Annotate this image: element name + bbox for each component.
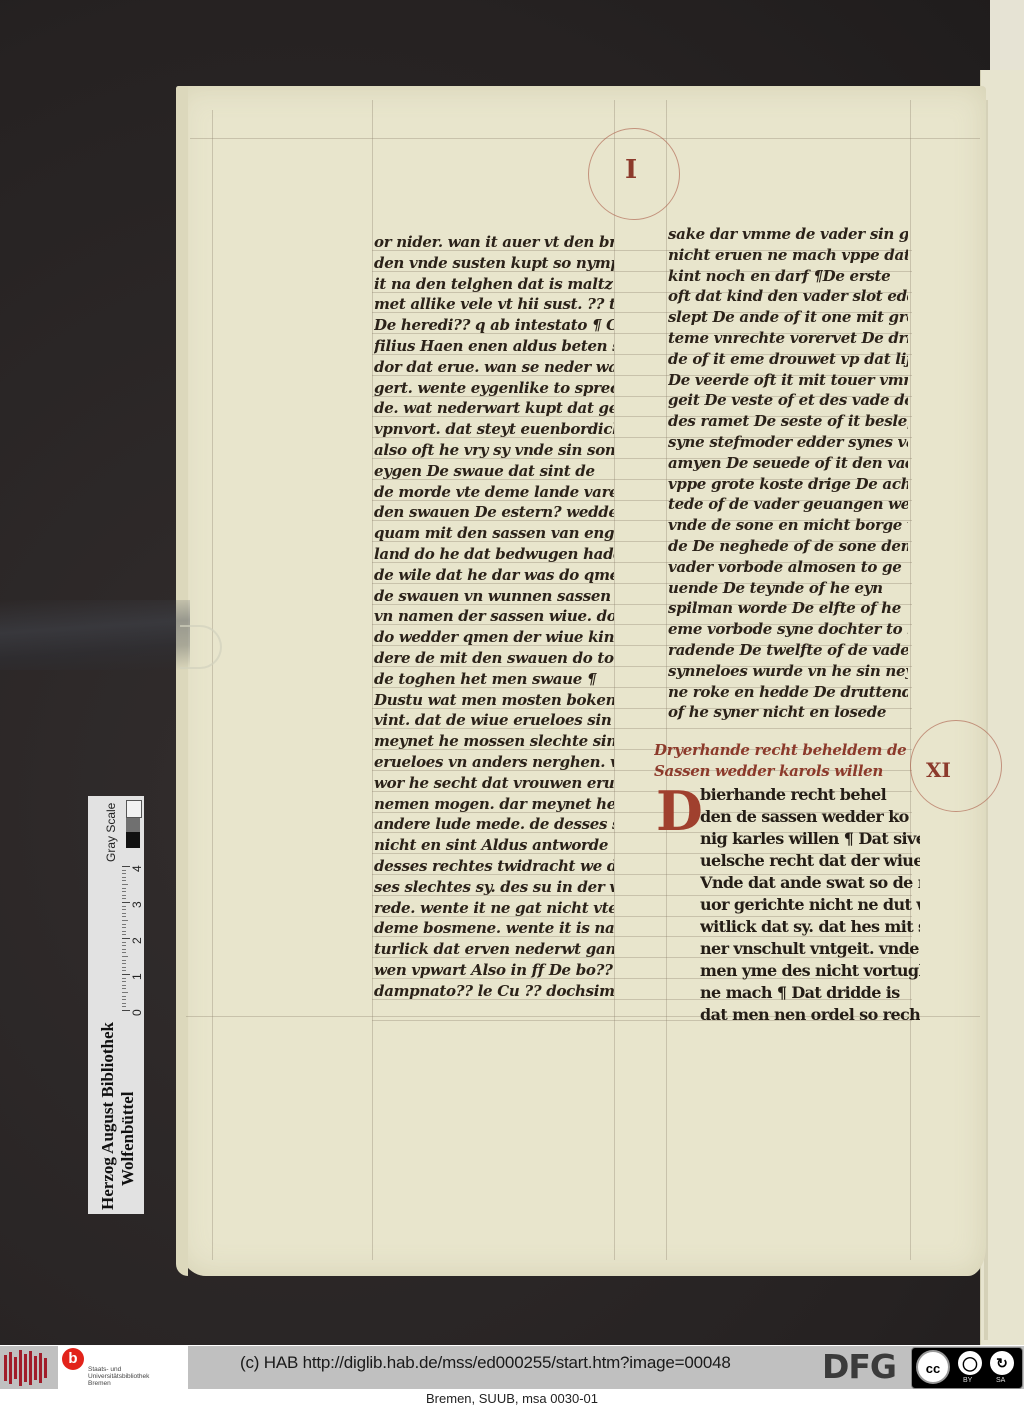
ruler-tick xyxy=(122,902,130,903)
text-line: also oft he vry sy vnde sin sone xyxy=(374,440,614,461)
text-line: of he syner nicht en losede xyxy=(668,702,908,723)
text-line: kint noch en darf ¶De erste xyxy=(668,266,908,287)
suub-bar xyxy=(29,1351,32,1385)
text-line: do wedder qmen der wiue kin xyxy=(374,627,614,648)
ruling-col1-right xyxy=(614,100,615,1260)
text-line: deme bosmene. wente it is na xyxy=(374,918,614,939)
suub-bar xyxy=(34,1356,37,1380)
sa-share-alike-icon: ↻ xyxy=(990,1351,1014,1375)
text-line: Vnde dat ande swat so de ma xyxy=(700,872,920,894)
ruler-tick xyxy=(122,974,130,975)
ruler-minor-tick xyxy=(122,978,126,979)
ruler-minor-tick xyxy=(122,891,126,892)
folio-edge xyxy=(176,86,188,1276)
copyright-link[interactable]: (c) HAB http://diglib.hab.de/mss/ed00025… xyxy=(240,1353,731,1373)
right-text-column: sake dar vmme de vader sin gutnicht erue… xyxy=(668,224,908,723)
ruler-minor-tick xyxy=(122,1006,126,1007)
ruler-minor-tick xyxy=(122,996,126,997)
top-ruling xyxy=(190,138,980,139)
text-line: witlick dat sy. dat hes mit sy xyxy=(700,916,920,938)
chapter-number: XI xyxy=(926,758,951,782)
text-line: vn namen der sassen wiue. do se xyxy=(374,606,614,627)
suub-name-line-3: Bremen xyxy=(88,1380,149,1387)
tick-label-3: 3 xyxy=(130,901,144,908)
ruler-minor-tick xyxy=(122,967,126,968)
text-line: ne roke en hedde De druttende xyxy=(668,682,908,703)
tick-label-4: 4 xyxy=(130,865,144,872)
text-line: slept De ande of it one mit gro xyxy=(668,307,908,328)
text-line: oft dat kind den vader slot eddᵉ xyxy=(668,286,908,307)
ruling-left-margin xyxy=(372,100,373,1260)
text-line: desses rechtes twidracht we de xyxy=(374,856,614,877)
text-line: dat men nen ordel so recht xyxy=(700,1004,920,1026)
ruler-minor-tick xyxy=(122,924,126,925)
ruler-minor-tick xyxy=(122,913,126,914)
suub-logo-bars xyxy=(4,1350,50,1386)
ruler-minor-tick xyxy=(122,952,126,953)
text-line: or nider. wan it auer vt den bro xyxy=(374,232,614,253)
ruling-outer xyxy=(212,110,213,1260)
ruler-minor-tick xyxy=(122,898,126,899)
gray-scale-label: Gray Scale xyxy=(104,803,118,862)
ruler-minor-tick xyxy=(122,1003,126,1004)
chapter-circle xyxy=(910,720,1002,812)
rubric-heading: Dryerhande recht beheldem deSassen wedde… xyxy=(654,740,914,782)
left-text-column: or nider. wan it auer vt den broden vnde… xyxy=(374,232,614,1001)
decorated-initial: D xyxy=(656,784,703,838)
text-line: rede. wente it ne gat nicht vte xyxy=(374,898,614,919)
text-line: nicht en sint Aldus antworde xyxy=(374,835,614,856)
text-line: meynet he mossen slechte sin se xyxy=(374,731,614,752)
text-line: vpnvort. dat steyt euenbordich xyxy=(374,419,614,440)
textura-text-block: bierhande recht behelden de sassen wedde… xyxy=(700,784,920,1026)
sa-label: SA xyxy=(996,1377,1005,1384)
text-line: quam mit den sassen van enge xyxy=(374,523,614,544)
text-line: bierhande recht behel xyxy=(700,784,920,806)
text-line: dampnato?? le Cu ?? dochsim xyxy=(374,981,614,1002)
text-line: vnde de sone en micht borge wel xyxy=(668,515,908,536)
text-line: De heredi?? q ab intestato ¶ Cum xyxy=(374,315,614,336)
ruler-minor-tick xyxy=(122,920,128,921)
ruler-minor-tick xyxy=(122,949,126,950)
suub-bar xyxy=(19,1350,22,1386)
ruler-minor-tick xyxy=(122,988,126,989)
ruler-minor-tick xyxy=(122,916,126,917)
text-line: uor gerichte nicht ne dut wo xyxy=(700,894,920,916)
ruler-minor-tick xyxy=(122,877,126,878)
text-line: nicht eruen ne mach vppe dat xyxy=(668,245,908,266)
dfg-logo[interactable]: DFG xyxy=(822,1347,896,1387)
folio-number: I xyxy=(625,155,637,185)
text-line: tede of de vader geuangen we xyxy=(668,494,908,515)
text-line: den vnde susten kupt so nympt me xyxy=(374,253,614,274)
text-line: dere de mit den swauen do to lan xyxy=(374,648,614,669)
text-line: de. wat nederwart kupt dat geit xyxy=(374,398,614,419)
tick-label-2: 2 xyxy=(130,937,144,944)
suub-name-line-1: Staats- und xyxy=(88,1366,149,1373)
ruler-minor-tick xyxy=(122,884,128,885)
ruler-minor-tick xyxy=(122,906,126,907)
text-line: men yme des nicht vortughe xyxy=(700,960,920,982)
text-line: eygen De swaue dat sint de xyxy=(374,461,614,482)
institution-line-1: Herzog August Bibliothek xyxy=(98,1022,118,1210)
text-line: turlick dat erven nederwt gan xyxy=(374,939,614,960)
text-line: eme vorbode syne dochter to be xyxy=(668,619,908,640)
suub-bar xyxy=(24,1354,27,1382)
ruler-tick xyxy=(122,866,130,867)
text-line: vppe grote koste drige De ach xyxy=(668,474,908,495)
gray-swatch-white xyxy=(126,800,142,818)
tick-label-1: 1 xyxy=(130,973,144,980)
institution-line-2: Wolfenbüttel xyxy=(118,1022,138,1210)
text-line: vader vorbode almosen to ge xyxy=(668,557,908,578)
text-line: sake dar vmme de vader sin gut xyxy=(668,224,908,245)
text-line: de De neghede of de sone deme xyxy=(668,536,908,557)
text-line: uende De teynde of he eyn xyxy=(668,578,908,599)
suub-bar xyxy=(39,1353,42,1383)
ruler-minor-tick xyxy=(122,927,126,928)
text-line: filius Haen enen aldus beten se xyxy=(374,336,614,357)
ruler-minor-tick xyxy=(122,880,126,881)
text-line: land do he dat bedwugen hadde xyxy=(374,544,614,565)
by-label: BY xyxy=(963,1377,972,1384)
text-line: des ramet De seste of it beslept xyxy=(668,411,908,432)
ruler-minor-tick xyxy=(122,873,126,874)
text-line: ner vnschult vntgeit. vnde xyxy=(700,938,920,960)
ruler-minor-tick xyxy=(122,985,126,986)
text-line: vint. dat de wiue erueloes sin dat xyxy=(374,710,614,731)
text-line: wen vpwart Also in ff De bo?? xyxy=(374,960,614,981)
ruler-minor-tick xyxy=(122,963,126,964)
gray-swatch-mid xyxy=(126,818,140,832)
text-line: de morde vte deme lande vare mit xyxy=(374,482,614,503)
ruling-col2-left xyxy=(666,100,667,1260)
text-line: de swauen vn wunnen sassen lat xyxy=(374,586,614,607)
suub-name: Staats- und Universitätsbibliothek Breme… xyxy=(88,1366,149,1387)
ruler-minor-tick xyxy=(122,945,126,946)
text-line: met allike vele vt hii sust. ?? tue xyxy=(374,294,614,315)
text-line: spilman worde De elfte of he xyxy=(668,598,908,619)
text-line: synneloes wurde vn he sin ney xyxy=(668,661,908,682)
ruler-minor-tick xyxy=(122,981,126,982)
ruler-tick xyxy=(122,938,130,939)
text-line: de of it eme drouwet vp dat lijf xyxy=(668,349,908,370)
text-line: andere lude mede. de desses slechte xyxy=(374,814,614,835)
ruler-minor-tick xyxy=(122,970,126,971)
text-line: nig karles willen ¶ Dat sive xyxy=(700,828,920,850)
text-line: teme vnrechte vorervet De drid xyxy=(668,328,908,349)
text-line: nemen mogen. dar meynet he xyxy=(374,794,614,815)
text-line: erueloes vn anders nerghen. vn xyxy=(374,752,614,773)
ruler-minor-tick xyxy=(122,895,126,896)
ruler-minor-tick xyxy=(122,934,126,935)
text-line: uelsche recht dat der wiue hat xyxy=(700,850,920,872)
ruler-minor-tick xyxy=(122,870,126,871)
gray-swatch-black xyxy=(126,832,140,848)
text-line: ne mach ¶ Dat dridde is xyxy=(700,982,920,1004)
ruler-minor-tick xyxy=(122,888,126,889)
by-attribution-icon: ◯ xyxy=(958,1351,982,1375)
text-line: den de sassen wedder ko xyxy=(700,806,920,828)
text-line: Dustu wat men mosten boken xyxy=(374,690,614,711)
text-line: amyen De seuede of it den vadᵉ xyxy=(668,453,908,474)
ruler-minor-tick xyxy=(122,999,126,1000)
ruler-minor-tick xyxy=(122,931,126,932)
text-line: radende De twelfte of de vader xyxy=(668,640,908,661)
book-strap xyxy=(0,600,190,670)
text-line: geit De veste of et des vade do xyxy=(668,390,908,411)
text-line: dor dat erue. wan se neder wart xyxy=(374,357,614,378)
shelfmark-caption: Bremen, SUUB, msa 0030-01 xyxy=(0,1390,1024,1408)
text-line: gert. wente eygenlike to sprecken xyxy=(374,378,614,399)
text-line: den swauen De estern? wedder xyxy=(374,502,614,523)
ruler-tick xyxy=(122,1010,130,1011)
text-line: wor he secht dat vrouwen erue xyxy=(374,773,614,794)
text-line: syne stefmoder edder synes vadᵉ xyxy=(668,432,908,453)
ruler-minor-tick xyxy=(122,960,126,961)
text-line: ses slechtes sy. des su in der vor xyxy=(374,877,614,898)
suub-bar xyxy=(4,1355,7,1381)
ruling-col2-right xyxy=(910,100,911,1260)
text-line: Dryerhande recht beheldem de xyxy=(654,740,914,761)
cc-icon: cc xyxy=(916,1350,950,1384)
text-line: de wile dat he dar was do qme xyxy=(374,565,614,586)
ruler-institution: Herzog August Bibliothek Wolfenbüttel xyxy=(98,1022,138,1210)
text-line: De veerde oft it mit touer vmme xyxy=(668,370,908,391)
suub-bar xyxy=(9,1352,12,1384)
tick-label-0: 0 xyxy=(130,1009,144,1016)
ruler-minor-tick xyxy=(122,992,128,993)
text-line: it na den telghen dat is maltz ne xyxy=(374,274,614,295)
suub-bar xyxy=(44,1358,47,1378)
ruler-minor-tick xyxy=(122,909,126,910)
ruler-minor-tick xyxy=(122,956,128,957)
page-clip xyxy=(180,625,222,669)
text-line: de toghen het men swaue ¶ xyxy=(374,669,614,690)
suub-bar xyxy=(14,1357,17,1379)
suub-name-line-2: Universitätsbibliothek xyxy=(88,1373,149,1380)
suub-logo-b-icon: b xyxy=(62,1348,84,1370)
ruler-minor-tick xyxy=(122,942,126,943)
